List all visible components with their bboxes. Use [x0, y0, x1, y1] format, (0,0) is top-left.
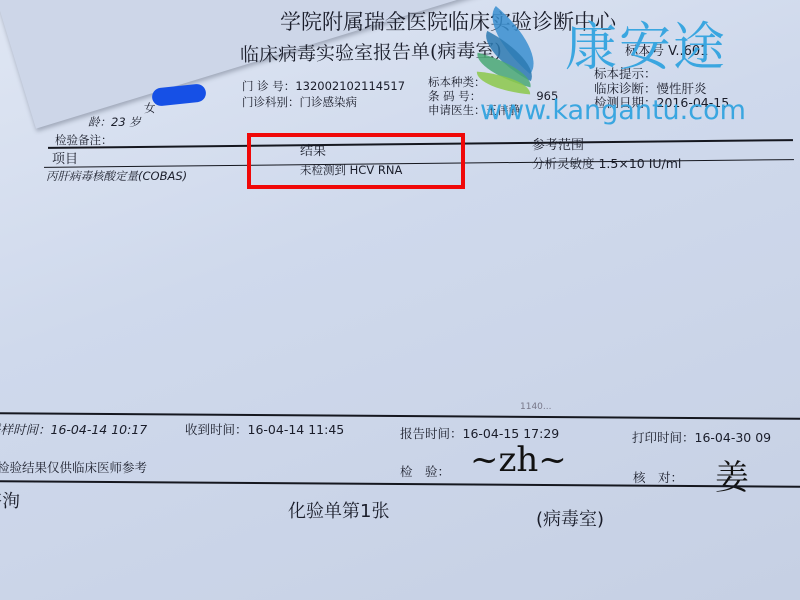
- outpatient-no-label: 门 诊 号：: [242, 79, 295, 93]
- department: 门诊科别：门诊感染病: [242, 94, 357, 110]
- test-item: 丙肝病毒核酸定量(COBAS): [46, 168, 187, 184]
- checker-label: 核 对：: [633, 468, 683, 486]
- watermark-url: www.kangantu.com: [480, 95, 746, 126]
- outpatient-no-value: 132002102114517: [295, 79, 405, 93]
- patient-age: 龄：23 岁: [88, 114, 141, 130]
- lab-name: (病毒室): [536, 505, 604, 531]
- disclaimer-note: 本项检验结果仅供临床医师参考: [0, 458, 147, 476]
- doctor-label: 申请医生：: [428, 103, 486, 117]
- age-label: 龄：: [88, 115, 111, 129]
- result-highlight-box: [247, 133, 465, 189]
- watermark-brand: 康安途: [565, 5, 727, 80]
- stray-number: 1140...: [520, 402, 552, 412]
- age-value: 23 岁: [111, 115, 141, 129]
- reference-range: 分析灵敏度 1.5×10 IU/ml: [532, 154, 681, 172]
- collect-time: 采样时间：16-04-14 10:17: [0, 420, 147, 438]
- report-title: 临床病毒实验室报告单(病毒室): [240, 36, 502, 68]
- outpatient-no: 门 诊 号：132002102114517: [242, 78, 405, 94]
- barcode-label: 条 码 号：: [428, 89, 481, 103]
- print-time: 打印时间：16-04-30 09: [632, 428, 771, 446]
- page-count: 化验单第1张: [288, 497, 389, 523]
- dept-label: 门诊科别：: [242, 95, 300, 109]
- lab-report-paper: 学院附属瑞金医院临床实验诊断中心 临床病毒实验室报告单(病毒室) 女 龄：23 …: [0, 0, 800, 600]
- footer-top-rule: [0, 412, 800, 420]
- inspector-signature: ~zh~: [470, 440, 567, 480]
- checker-signature: 姜: [715, 450, 749, 499]
- col-header-item: 项目: [52, 148, 78, 167]
- col-header-reference: 参考范围: [532, 134, 584, 153]
- patient-sex: 女: [144, 100, 156, 116]
- inspector-label: 检 验：: [400, 462, 450, 480]
- received-time: 收到时间：16-04-14 11:45: [185, 420, 344, 438]
- dept-value: 门诊感染病: [300, 95, 358, 109]
- consult-text: 咨洵: [0, 487, 20, 513]
